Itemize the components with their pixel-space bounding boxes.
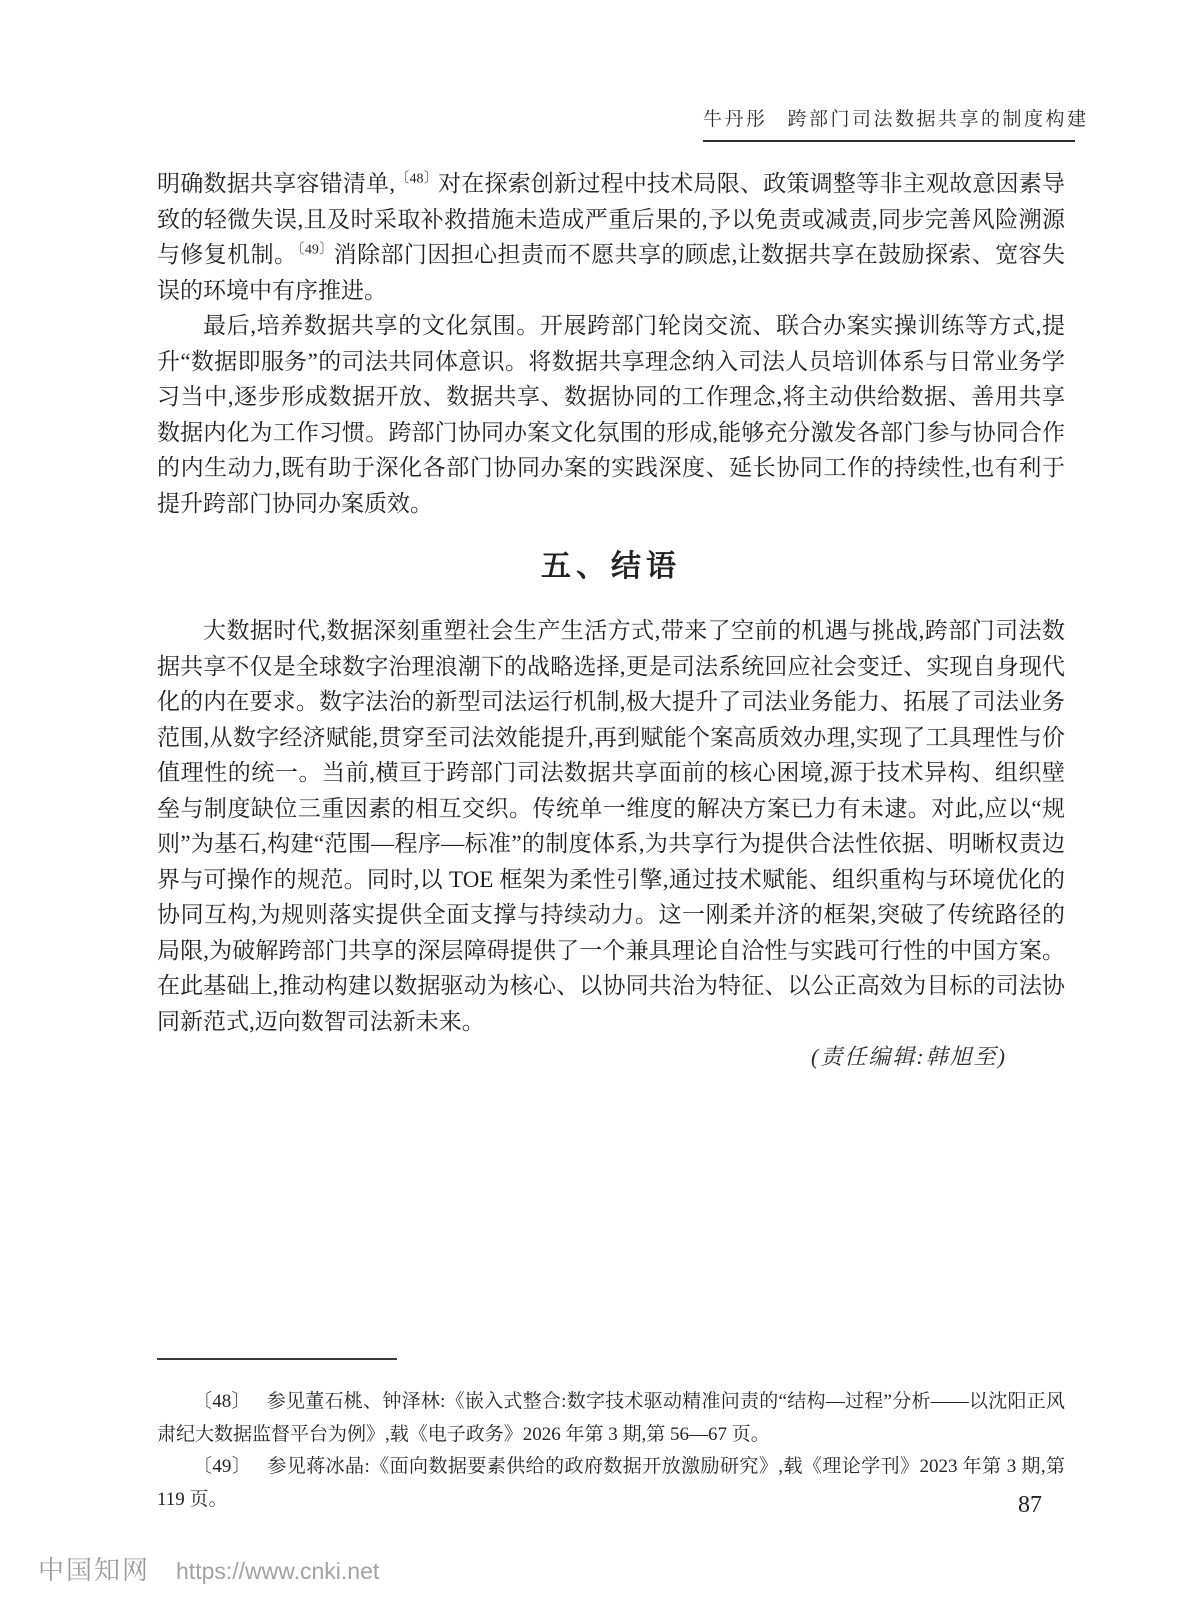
footnote-ref-49: 〔49〕 (297, 242, 333, 257)
body-paragraph-2: 最后,培养数据共享的文化氛围。开展跨部门轮岗交流、联合办案实操训练等方式,提升“… (157, 308, 1065, 521)
footnote-label: 〔49〕 (193, 1456, 251, 1477)
running-header-title: 跨部门司法数据共享的制度构建 (788, 109, 1089, 130)
footnotes-section: 〔48〕参见董石桃、钟泽林:《嵌入式整合:数字技术驱动精准问责的“结构—过程”分… (157, 1358, 1065, 1516)
body-paragraph-1: 明确数据共享容错清单,〔48〕对在探索创新过程中技术局限、政策调整等非主观故意因… (157, 166, 1065, 308)
section-heading: 五、结语 (157, 547, 1065, 587)
footnote-separator (157, 1358, 397, 1360)
footnote-text: 参见蒋冰晶:《面向数据要素供给的政府数据开放激励研究》,载《理论学刊》2023 … (157, 1456, 1065, 1510)
article-body: 明确数据共享容错清单,〔48〕对在探索创新过程中技术局限、政策调整等非主观故意因… (157, 166, 1065, 1075)
cnki-brand-text: 中国知网 (38, 1555, 150, 1585)
footnote-text: 参见董石桃、钟泽林:《嵌入式整合:数字技术驱动精准问责的“结构—过程”分析——以… (157, 1391, 1065, 1445)
page-number: 87 (1018, 1492, 1042, 1519)
cnki-url: https://www.cnki.net (176, 1558, 379, 1584)
body-paragraph-3: 大数据时代,数据深刻重塑社会生产生活方式,带来了空前的机遇与挑战,跨部门司法数据… (157, 613, 1065, 1039)
cnki-watermark: 中国知网https://www.cnki.net (38, 1550, 379, 1587)
footnote-label: 〔48〕 (193, 1391, 251, 1412)
running-header: 牛丹彤跨部门司法数据共享的制度构建 (703, 104, 1075, 142)
paragraph-text: 明确数据共享容错清单, (157, 171, 395, 196)
footnote-48: 〔48〕参见董石桃、钟泽林:《嵌入式整合:数字技术驱动精准问责的“结构—过程”分… (157, 1386, 1065, 1451)
footnote-ref-48: 〔48〕 (395, 171, 438, 186)
footnote-49: 〔49〕参见蒋冰晶:《面向数据要素供给的政府数据开放激励研究》,载《理论学刊》2… (157, 1451, 1065, 1516)
document-page: 牛丹彤跨部门司法数据共享的制度构建 明确数据共享容错清单,〔48〕对在探索创新过… (0, 0, 1190, 1614)
running-header-author: 牛丹彤 (703, 109, 768, 130)
editor-note: (责任编辑:韩旭至) (157, 1039, 1065, 1075)
